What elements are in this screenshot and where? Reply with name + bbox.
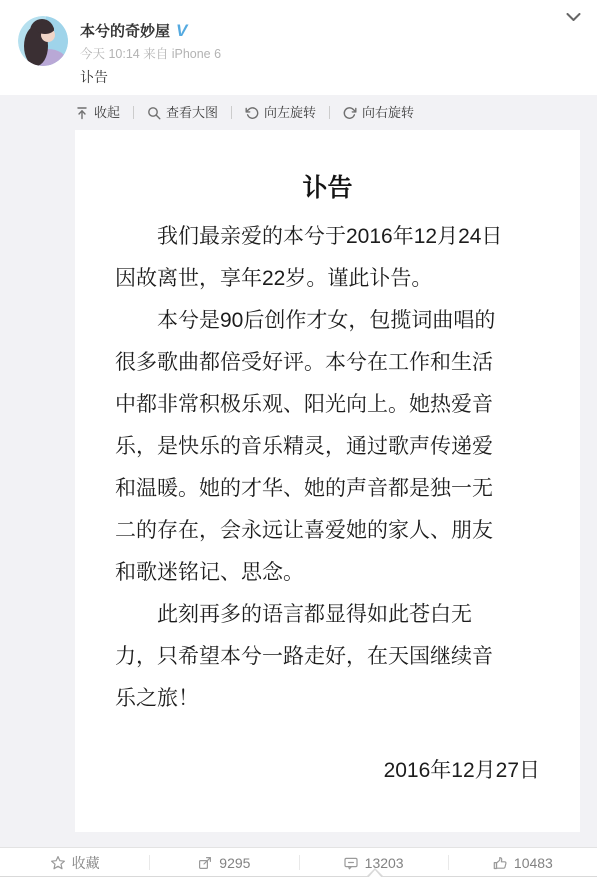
arrow-up-to-line-icon (75, 106, 89, 120)
obituary-line: 中都非常积极乐观、阳光向上。她热爱音 (115, 384, 540, 426)
star-icon (50, 855, 66, 871)
avatar[interactable] (18, 16, 68, 66)
action-bar: 收藏 9295 13203 10483 (0, 847, 597, 877)
thumbs-up-icon (492, 855, 508, 871)
obituary-line: 因故离世，享年22岁。谨此讣告。 (115, 258, 540, 300)
chevron-down-icon[interactable] (566, 13, 581, 22)
obituary-line: 和温暖。她的才华、她的声音都是独一无 (115, 468, 540, 510)
media-area: 收起 查看大图 向左旋转 (0, 95, 597, 848)
image-toolbar: 收起 查看大图 向左旋转 (0, 95, 597, 130)
obituary-line: 力，只希望本兮一路走好，在天国继续音 (115, 636, 540, 678)
repost-icon (197, 855, 213, 871)
obituary-line: 很多歌曲都倍受好评。本兮在工作和生活 (115, 342, 540, 384)
collapse-label: 收起 (94, 106, 120, 119)
obituary-title: 讣告 (115, 170, 540, 216)
obituary-line: 二的存在，会永远让喜爱她的家人、朋友 (115, 510, 540, 552)
repost-count: 9295 (219, 855, 250, 871)
verified-badge-icon: V (176, 22, 187, 39)
comment-caret-fill (368, 870, 382, 878)
post-timestamp: 今天 10:14 来自 iPhone 6 (80, 44, 221, 62)
collapse-button[interactable]: 收起 (75, 106, 120, 120)
toolbar-divider (329, 106, 330, 119)
post-header: 本兮的奇妙屋 V 今天 10:14 来自 iPhone 6 讣告 (0, 0, 597, 95)
like-button[interactable]: 10483 (448, 848, 597, 877)
toolbar-divider (231, 106, 232, 119)
author-name[interactable]: 本兮的奇妙屋 (80, 20, 170, 41)
obituary-line: 本兮是90后创作才女，包揽词曲唱的 (115, 300, 540, 342)
obituary-body: 我们最亲爱的本兮于2016年12月24日因故离世，享年22岁。谨此讣告。 本兮是… (115, 216, 540, 720)
post-text: 讣告 (80, 67, 108, 87)
rotate-left-button[interactable]: 向左旋转 (245, 106, 316, 120)
rotate-left-icon (245, 106, 259, 120)
comment-section-top (0, 876, 597, 884)
comment-icon (343, 855, 359, 871)
rotate-left-label: 向左旋转 (264, 106, 316, 119)
magnifier-icon (147, 106, 161, 120)
view-large-button[interactable]: 查看大图 (147, 106, 218, 120)
favorite-button[interactable]: 收藏 (0, 848, 149, 877)
repost-button[interactable]: 9295 (149, 848, 298, 877)
user-line: 本兮的奇妙屋 V (80, 20, 187, 41)
avatar-image (18, 16, 68, 66)
view-large-label: 查看大图 (166, 106, 218, 119)
toolbar-divider (133, 106, 134, 119)
favorite-label: 收藏 (72, 853, 100, 873)
obituary-line: 我们最亲爱的本兮于2016年12月24日 (115, 216, 540, 258)
obituary-line: 乐之旅！ (115, 678, 540, 720)
obituary-date: 2016年12月27日 (115, 750, 540, 792)
like-count: 10483 (514, 855, 553, 871)
obituary-line: 和歌迷铭记、思念。 (115, 552, 540, 594)
obituary-line: 此刻再多的语言都显得如此苍白无 (115, 594, 540, 636)
obituary-image[interactable]: 讣告 我们最亲爱的本兮于2016年12月24日因故离世，享年22岁。谨此讣告。 … (75, 130, 580, 832)
rotate-right-icon (343, 106, 357, 120)
rotate-right-label: 向右旋转 (362, 106, 414, 119)
rotate-right-button[interactable]: 向右旋转 (343, 106, 414, 120)
obituary-line: 乐，是快乐的音乐精灵，通过歌声传递爱 (115, 426, 540, 468)
